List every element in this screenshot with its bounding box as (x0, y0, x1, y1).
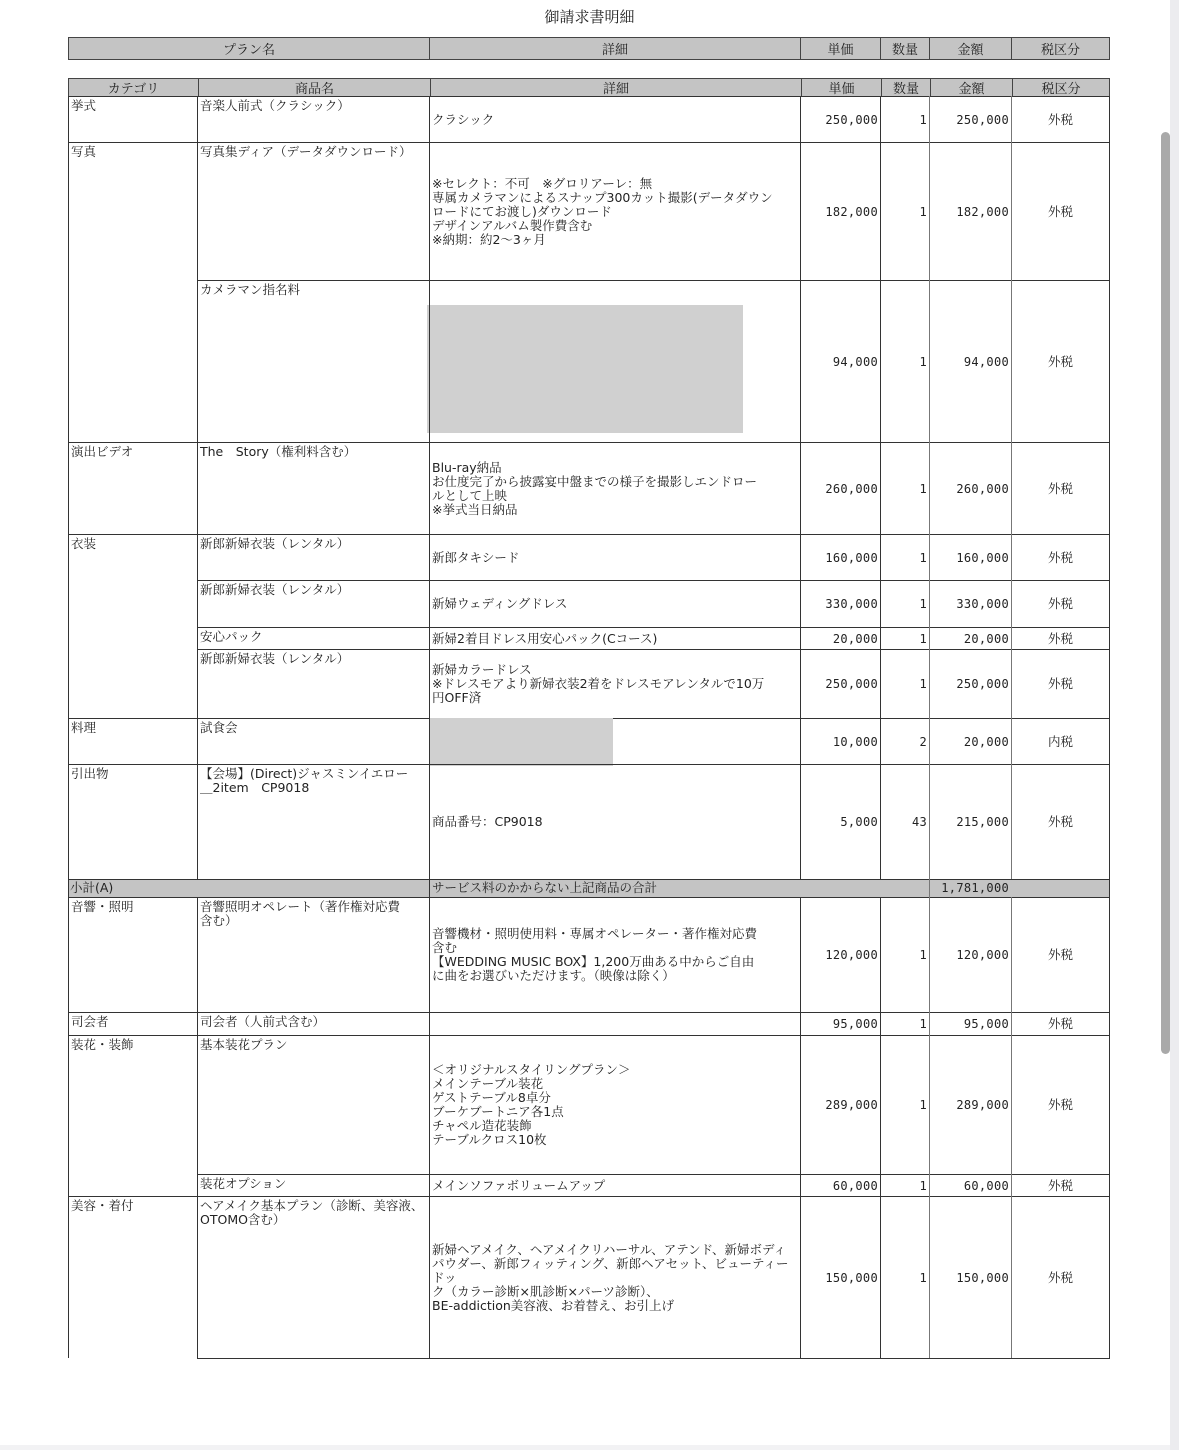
unit-price-cell: 260,000 (801, 443, 880, 534)
amount-cell: 260,000 (930, 443, 1011, 534)
scrollbar-thumb[interactable] (1161, 132, 1170, 1054)
tax-type-cell: 外税 (1012, 1013, 1109, 1035)
unit-price-cell: 94,000 (801, 281, 880, 442)
plan-header-unit-price: 単価 (800, 38, 880, 59)
items-header-amount: 金額 (930, 79, 1012, 96)
subtotal-amount: 1,781,000 (930, 879, 1011, 897)
amount-cell: 330,000 (930, 581, 1011, 627)
product-name-cell: 音楽人前式（クラシック） (198, 97, 429, 142)
quantity-cell: 1 (881, 443, 929, 534)
unit-price-cell: 150,000 (801, 1197, 880, 1358)
column-divider (429, 897, 430, 1358)
category-cell: 音響・照明 (69, 898, 197, 1012)
category-cell: 装花・装飾 (69, 1036, 197, 1174)
unit-price-cell: 95,000 (801, 1013, 880, 1035)
column-divider (1109, 96, 1110, 1358)
plan-header-tax-type: 税区分 (1011, 38, 1109, 59)
tax-type-cell: 外税 (1012, 650, 1109, 718)
category-cell: 演出ビデオ (69, 443, 197, 534)
tax-type-cell: 内税 (1012, 719, 1109, 764)
category-cell (69, 281, 197, 442)
quantity-cell: 1 (881, 1197, 929, 1358)
amount-cell: 20,000 (930, 719, 1011, 764)
amount-cell: 95,000 (930, 1013, 1011, 1035)
items-header-detail: 詳細 (430, 79, 801, 96)
amount-cell: 250,000 (930, 97, 1011, 142)
column-divider (929, 96, 930, 1358)
product-name-cell: The Story（権利料含む） (198, 443, 429, 534)
unit-price-cell: 60,000 (801, 1175, 880, 1196)
detail-cell: Blu-ray納品 お仕度完了から披露宴中盤までの様子を撮影しエンドロー ルとし… (430, 443, 800, 534)
column-divider (800, 96, 801, 879)
plan-header-amount: 金額 (929, 38, 1011, 59)
category-cell (69, 650, 197, 718)
category-cell: 美容・着付 (69, 1197, 197, 1358)
category-cell (69, 1175, 197, 1196)
product-name-cell: 安心パック (198, 628, 429, 649)
quantity-cell: 1 (881, 1013, 929, 1035)
tax-type-cell: 外税 (1012, 281, 1109, 442)
items-header-tax-type: 税区分 (1012, 79, 1109, 96)
amount-cell: 20,000 (930, 628, 1011, 649)
product-name-cell: ヘアメイク基本プラン（診断、美容液、 OTOMO含む） (198, 1197, 429, 1358)
detail-cell: 新郎タキシード (430, 535, 800, 580)
tax-type-cell: 外税 (1012, 628, 1109, 649)
category-cell: 料理 (69, 719, 197, 764)
detail-cell: 新婦カラードレス ※ドレスモアより新婦衣装2着をドレスモアレンタルで10万 円O… (430, 650, 800, 718)
quantity-cell: 1 (881, 281, 929, 442)
amount-cell: 250,000 (930, 650, 1011, 718)
detail-cell: 新婦2着目ドレス用安心パック(Cコース) (430, 628, 800, 649)
amount-cell: 120,000 (930, 898, 1011, 1012)
product-name-cell: 新郎新婦衣装（レンタル） (198, 650, 429, 718)
column-divider (1011, 897, 1012, 1358)
amount-cell: 150,000 (930, 1197, 1011, 1358)
quantity-cell: 1 (881, 143, 929, 280)
category-cell: 司会者 (69, 1013, 197, 1035)
detail-cell: 商品番号：CP9018 (430, 765, 800, 879)
tax-type-cell: 外税 (1012, 581, 1109, 627)
product-name-cell: 基本装花プラン (198, 1036, 429, 1174)
product-name-cell: 新郎新婦衣装（レンタル） (198, 581, 429, 627)
column-divider (800, 897, 801, 1358)
quantity-cell: 1 (881, 1175, 929, 1196)
unit-price-cell: 330,000 (801, 581, 880, 627)
plan-header: プラン名 詳細 単価 数量 金額 税区分 (68, 37, 1110, 60)
category-cell: 衣装 (69, 535, 197, 580)
items-header-category: カテゴリ (69, 79, 198, 96)
column-divider (68, 96, 69, 1358)
quantity-cell: 1 (881, 898, 929, 1012)
category-cell: 引出物 (69, 765, 197, 879)
detail-cell: ＜オリジナルスタイリングプラン＞ メインテーブル装花 ゲストテーブル8卓分 ブー… (430, 1036, 800, 1174)
amount-cell: 94,000 (930, 281, 1011, 442)
tax-type-cell: 外税 (1012, 97, 1109, 142)
amount-cell: 60,000 (930, 1175, 1011, 1196)
detail-cell: 音響機材・照明使用料・専属オペレーター・著作権対応費 含む 【WEDDING M… (430, 898, 800, 1012)
category-cell: 写真 (69, 143, 197, 280)
subtotal-note: サービス料のかからない上記商品の合計 (432, 879, 792, 897)
quantity-cell: 1 (881, 650, 929, 718)
category-cell (69, 581, 197, 627)
amount-cell: 182,000 (930, 143, 1011, 280)
quantity-cell: 43 (881, 765, 929, 879)
document-page: 御請求書明細 プラン名 詳細 単価 数量 金額 税区分 カテゴリ 商品名 詳細 … (0, 0, 1170, 1445)
unit-price-cell: 160,000 (801, 535, 880, 580)
items-header-quantity: 数量 (881, 79, 930, 96)
plan-header-quantity: 数量 (880, 38, 929, 59)
category-cell: 挙式 (69, 97, 197, 142)
category-cell (69, 628, 197, 649)
product-name-cell: 装花オプション (198, 1175, 429, 1196)
redacted-block (427, 305, 743, 433)
redacted-block (429, 718, 613, 766)
scrollbar-track[interactable] (1170, 0, 1179, 1450)
detail-cell: クラシック (430, 97, 800, 142)
tax-type-cell: 外税 (1012, 443, 1109, 534)
detail-cell: ※セレクト：不可 ※グロリアーレ：無 専属カメラマンによるスナップ300カット撮… (430, 143, 800, 280)
quantity-cell: 1 (881, 535, 929, 580)
unit-price-cell: 120,000 (801, 898, 880, 1012)
amount-cell: 215,000 (930, 765, 1011, 879)
unit-price-cell: 250,000 (801, 97, 880, 142)
items-header: カテゴリ 商品名 詳細 単価 数量 金額 税区分 (68, 78, 1110, 97)
column-divider (429, 96, 430, 879)
unit-price-cell: 182,000 (801, 143, 880, 280)
column-divider (880, 897, 881, 1358)
items-header-unit-price: 単価 (801, 79, 881, 96)
product-name-cell: 試食会 (198, 719, 429, 764)
tax-type-cell: 外税 (1012, 1197, 1109, 1358)
detail-cell: メインソファボリュームアップ (430, 1175, 800, 1196)
column-divider (1011, 96, 1012, 879)
document-title: 御請求書明細 (0, 6, 1179, 27)
items-header-product: 商品名 (198, 79, 430, 96)
detail-cell: 新婦ウェディングドレス (430, 581, 800, 627)
tax-type-cell: 外税 (1012, 765, 1109, 879)
unit-price-cell: 5,000 (801, 765, 880, 879)
product-name-cell: 司会者（人前式含む） (198, 1013, 429, 1035)
tax-type-cell: 外税 (1012, 898, 1109, 1012)
tax-type-cell: 外税 (1012, 1036, 1109, 1174)
unit-price-cell: 250,000 (801, 650, 880, 718)
product-name-cell: カメラマン指名料 (198, 281, 429, 442)
product-name-cell: 写真集ディア（データダウンロード） (198, 143, 429, 280)
unit-price-cell: 289,000 (801, 1036, 880, 1174)
column-divider (429, 879, 430, 897)
unit-price-cell: 20,000 (801, 628, 880, 649)
row-divider (68, 897, 1110, 898)
product-name-cell: 【会場】(Direct)ジャスミンイエロー ＿2item CP9018 (198, 765, 429, 879)
plan-header-detail: 詳細 (429, 38, 800, 59)
detail-cell (430, 1013, 800, 1035)
plan-header-plan-name: プラン名 (69, 38, 429, 59)
column-divider (197, 96, 198, 879)
product-name-cell: 新郎新婦衣装（レンタル） (198, 535, 429, 580)
product-name-cell: 音響照明オペレート（著作権対応費 含む） (198, 898, 429, 1012)
amount-cell: 160,000 (930, 535, 1011, 580)
detail-cell: 新婦ヘアメイク、ヘアメイクリハーサル、アテンド、新婦ボディ パウダー、新郎フィッ… (430, 1197, 800, 1358)
quantity-cell: 2 (881, 719, 929, 764)
amount-cell: 289,000 (930, 1036, 1011, 1174)
tax-type-cell: 外税 (1012, 143, 1109, 280)
quantity-cell: 1 (881, 97, 929, 142)
quantity-cell: 1 (881, 581, 929, 627)
column-divider (197, 897, 198, 1358)
row-divider (197, 1358, 1110, 1359)
unit-price-cell: 10,000 (801, 719, 880, 764)
tax-type-cell: 外税 (1012, 535, 1109, 580)
column-divider (880, 96, 881, 879)
quantity-cell: 1 (881, 628, 929, 649)
quantity-cell: 1 (881, 1036, 929, 1174)
subtotal-label: 小計(A) (70, 879, 370, 897)
tax-type-cell: 外税 (1012, 1175, 1109, 1196)
